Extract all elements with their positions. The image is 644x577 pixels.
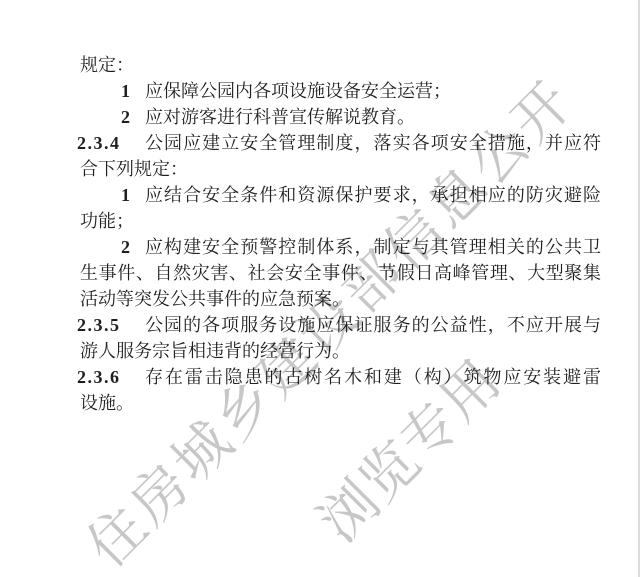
list-item-number: 1	[121, 182, 145, 208]
text-line: 游人服务宗旨相违背的经营行为。	[80, 338, 601, 364]
clause-number: 2.3.5	[77, 312, 145, 338]
line-text: 设施。	[80, 390, 601, 416]
line-text: 生事件、自然灾害、社会安全事件、节假日高峰管理、大型聚集	[80, 260, 601, 286]
clause-line: 2.3.4 公园应建立安全管理制度，落实各项安全措施，并应符	[77, 130, 601, 156]
line-text: 公园的各项服务设施应保证服务的公益性，不应开展与	[145, 312, 601, 338]
line-text: 应保障公园内各项设施设备安全运营；	[145, 78, 601, 104]
page-edge-line	[638, 0, 640, 577]
line-text: 应构建安全预警控制体系，制定与其管理相关的公共卫	[145, 234, 601, 260]
line-text: 应结合安全条件和资源保护要求，承担相应的防灾避险	[145, 182, 601, 208]
text-line: 规定：	[80, 52, 601, 78]
list-item-number: 2	[121, 104, 145, 130]
line-text: 公园应建立安全管理制度，落实各项安全措施，并应符	[145, 130, 601, 156]
clause-number: 2.3.4	[77, 130, 145, 156]
clause-line: 2.3.5 公园的各项服务设施应保证服务的公益性，不应开展与	[77, 312, 601, 338]
line-text: 应对游客进行科普宣传解说教育。	[145, 104, 601, 130]
line-text: 规定：	[80, 52, 601, 78]
text-line: 活动等突发公共事件的应急预案。	[80, 286, 601, 312]
line-text: 功能；	[80, 208, 601, 234]
document-page: 住房城乡建设部信息公开 浏览专用 规定： 1 应保障公园内各项设施设备安全运营；…	[0, 0, 644, 577]
clause-number: 2.3.6	[77, 364, 145, 390]
text-line: 功能；	[80, 208, 601, 234]
list-item-line: 2 应构建安全预警控制体系，制定与其管理相关的公共卫	[121, 234, 601, 260]
list-item-line: 1 应保障公园内各项设施设备安全运营；	[121, 78, 601, 104]
list-item-number: 2	[121, 234, 145, 260]
text-line: 设施。	[80, 390, 601, 416]
line-text: 合下列规定：	[80, 156, 601, 182]
line-text: 游人服务宗旨相违背的经营行为。	[80, 338, 601, 364]
text-line: 生事件、自然灾害、社会安全事件、节假日高峰管理、大型聚集	[80, 260, 601, 286]
line-text: 存在雷击隐患的古树名木和建（构）筑物应安装避雷	[145, 364, 601, 390]
text-line: 合下列规定：	[80, 156, 601, 182]
list-item-line: 2 应对游客进行科普宣传解说教育。	[121, 104, 601, 130]
list-item-line: 1 应结合安全条件和资源保护要求，承担相应的防灾避险	[121, 182, 601, 208]
line-text: 活动等突发公共事件的应急预案。	[80, 286, 601, 312]
list-item-number: 1	[121, 78, 145, 104]
clause-line: 2.3.6 存在雷击隐患的古树名木和建（构）筑物应安装避雷	[77, 364, 601, 390]
